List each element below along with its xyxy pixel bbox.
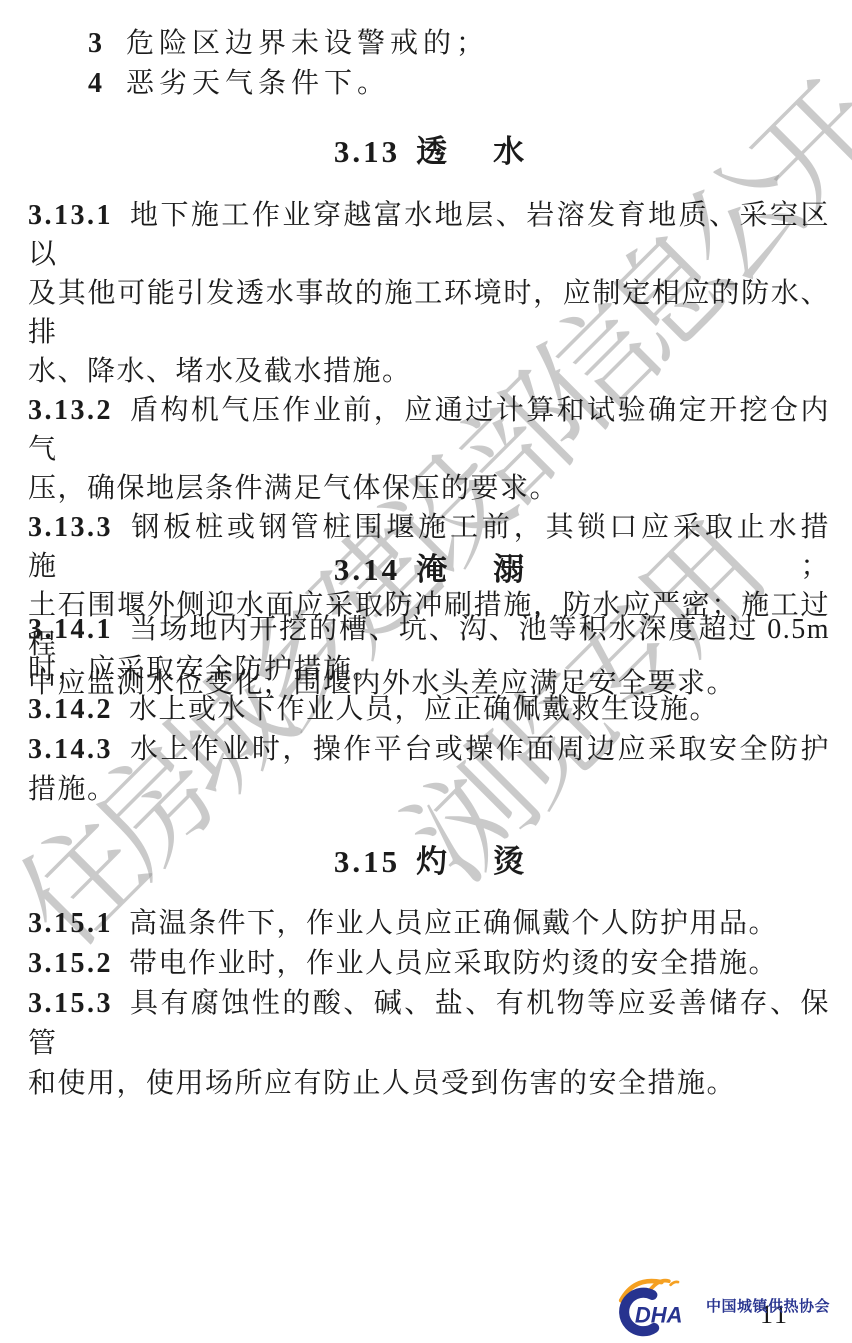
clause-number: 4 [88, 68, 102, 99]
document-page: 住房城乡建设部信息公开 浏览专用 3危险区边界未设警戒的；4恶劣天气条件下。3.… [0, 0, 852, 1343]
clause-text: 及其他可能引发透水事故的施工环境时，应制定相应的防水、排 [28, 278, 830, 348]
clause-line: 3.13.2盾构机气压作业前，应通过计算和试验确定开挖仓内气 [28, 391, 830, 469]
heading-word: 透 [416, 134, 447, 169]
clause-number: 3.15.2 [28, 948, 113, 979]
clause-number: 3 [88, 28, 102, 59]
heading-word: 水 [493, 134, 524, 169]
clause-text: 时，应采取安全防护措施。 [28, 654, 382, 685]
clause-line: 3.15.2带电作业时，作业人员应采取防灼烫的安全措施。 [28, 944, 830, 984]
list-item: 3危险区边界未设警戒的； [28, 24, 830, 64]
heading-word: 烫 [493, 844, 524, 879]
clause-text: 水上作业时，操作平台或操作面周边应采取安全防护 [129, 734, 830, 765]
clause-text: 当场地内开挖的槽、坑、沟、池等积水深度超过 0.5m [129, 614, 830, 645]
heading-word: 灼 [416, 844, 447, 879]
clause-line: 措施。 [28, 770, 830, 810]
clause-number: 3.15.3 [28, 988, 113, 1019]
heading-word: 淹 [416, 552, 447, 587]
clause-text: 危险区边界未设警戒的； [126, 28, 489, 59]
clause-number: 3.15.1 [28, 908, 113, 939]
clause-number: 3.14.1 [28, 614, 113, 645]
page-content: 3危险区边界未设警戒的；4恶劣天气条件下。3.13透水3.13.1地下施工作业穿… [28, 0, 830, 1343]
clause-text: 带电作业时，作业人员应采取防灼烫的安全措施。 [129, 948, 778, 979]
list-item: 4恶劣天气条件下。 [28, 64, 830, 104]
clause-number: 3.13.3 [28, 512, 113, 543]
clause-line: 时，应采取安全防护措施。 [28, 650, 830, 690]
clause-line: 及其他可能引发透水事故的施工环境时，应制定相应的防水、排 [28, 274, 830, 352]
heading-number: 3.15 [334, 844, 400, 879]
clause-number: 3.14.2 [28, 694, 113, 725]
clause-line: 3.15.1高温条件下，作业人员应正确佩戴个人防护用品。 [28, 904, 830, 944]
clause-line: 3.13.1地下施工作业穿越富水地层、岩溶发育地质、采空区以 [28, 196, 830, 274]
clause-text: 水、降水、堵水及截水措施。 [28, 356, 412, 387]
clause-line: 3.14.3水上作业时，操作平台或操作面周边应采取安全防护 [28, 730, 830, 770]
clause-text: 具有腐蚀性的酸、碱、盐、有机物等应妥善储存、保管 [28, 988, 830, 1059]
clause-group: 3.15.1高温条件下，作业人员应正确佩戴个人防护用品。3.15.2带电作业时，… [28, 904, 830, 1104]
heading-number: 3.14 [334, 552, 400, 587]
clause-line: 3.14.1当场地内开挖的槽、坑、沟、池等积水深度超过 0.5m [28, 610, 830, 650]
clause-text: 高温条件下，作业人员应正确佩戴个人防护用品。 [129, 908, 778, 939]
clause-group: 3.14.1当场地内开挖的槽、坑、沟、池等积水深度超过 0.5m时，应采取安全防… [28, 610, 830, 810]
clause-number: 3.13.1 [28, 200, 113, 231]
section-heading: 3.13透水 [28, 134, 830, 170]
clause-text: 措施。 [28, 774, 117, 805]
clause-text: 盾构机气压作业前，应通过计算和试验确定开挖仓内气 [28, 395, 830, 465]
clause-line: 3.14.2水上或水下作业人员，应正确佩戴救生设施。 [28, 690, 830, 730]
section-heading: 3.14淹溺 [28, 552, 830, 588]
clause-text: 地下施工作业穿越富水地层、岩溶发育地质、采空区以 [28, 200, 830, 270]
cdha-mark-icon: DHA [612, 1272, 700, 1338]
clause-number: 3.13.2 [28, 395, 113, 426]
section-heading: 3.15灼烫 [28, 844, 830, 880]
clause-line: 3.15.3具有腐蚀性的酸、碱、盐、有机物等应妥善储存、保管 [28, 984, 830, 1064]
clause-text: 和使用，使用场所应有防止人员受到伤害的安全措施。 [28, 1068, 736, 1099]
heading-number: 3.13 [334, 134, 400, 169]
logo-letters: DHA [635, 1302, 683, 1327]
clause-list: 3危险区边界未设警戒的；4恶劣天气条件下。 [28, 24, 830, 104]
heading-word: 溺 [493, 552, 524, 587]
association-logo: 11 DHA 中国城镇供热协会 [612, 1272, 847, 1338]
clause-line: 和使用，使用场所应有防止人员受到伤害的安全措施。 [28, 1064, 830, 1104]
clause-text: 恶劣天气条件下。 [126, 68, 390, 99]
clause-text: 压，确保地层条件满足气体保压的要求。 [28, 473, 559, 504]
clause-number: 3.14.3 [28, 734, 113, 765]
clause-text: 水上或水下作业人员，应正确佩戴救生设施。 [129, 694, 719, 725]
clause-line: 水、降水、堵水及截水措施。 [28, 352, 830, 391]
logo-text: 中国城镇供热协会 [706, 1295, 830, 1316]
clause-line: 压，确保地层条件满足气体保压的要求。 [28, 469, 830, 508]
